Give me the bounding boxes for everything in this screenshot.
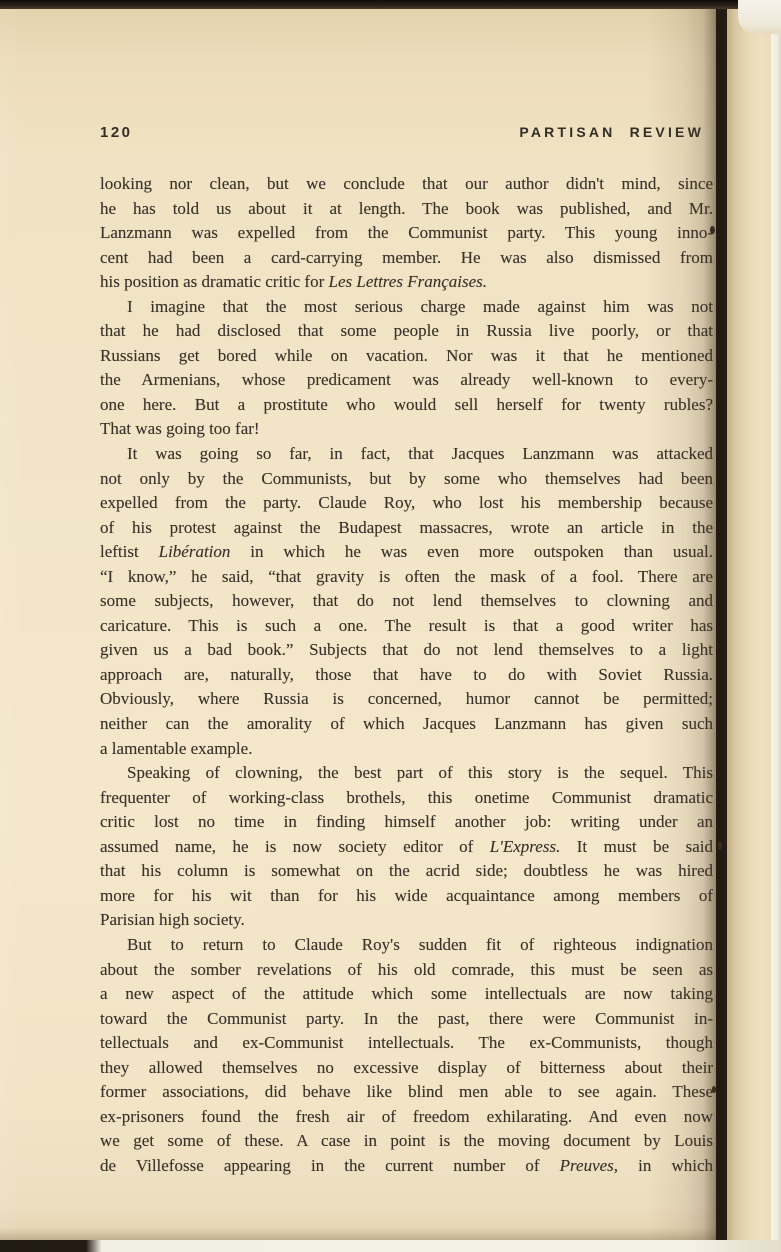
text-line: former associations, did behave like bli… xyxy=(100,1080,713,1105)
ink-speck xyxy=(712,1086,716,1093)
text-segment: expelled from the party. Claude Roy, who… xyxy=(100,493,713,512)
text-line: leftist Libération in which he was even … xyxy=(100,540,713,565)
text-line: the Armenians, whose predicament was alr… xyxy=(100,368,713,393)
text-segment: former associations, did behave like bli… xyxy=(100,1082,713,1101)
text-line: about the somber revelations of his old … xyxy=(100,958,713,983)
text-segment: we get some of these. A case in point is… xyxy=(100,1131,713,1150)
text-line: a lamentable example. xyxy=(100,737,713,762)
text-line: that he had disclosed that some people i… xyxy=(100,319,713,344)
text-line: looking nor clean, but we conclude that … xyxy=(100,172,713,197)
scanner-edge-bottom xyxy=(0,1240,781,1252)
text-line: “I know,” he said, “that gravity is ofte… xyxy=(100,565,713,590)
next-page-edge xyxy=(727,0,773,1252)
text-line: de Villefosse appearing in the current n… xyxy=(100,1154,713,1179)
text-segment: assumed name, he is now society editor o… xyxy=(100,837,490,856)
text-line: Parisian high society. xyxy=(100,908,713,933)
text-line: That was going too far! xyxy=(100,417,713,442)
text-segment: critic lost no time in finding himself a… xyxy=(100,812,713,831)
text-segment: toward the Communist party. In the past,… xyxy=(100,1009,713,1028)
text-segment: Parisian high society. xyxy=(100,910,245,929)
text-segment: that he had disclosed that some people i… xyxy=(100,321,713,340)
book-scan: 120 PARTISAN REVIEW looking nor clean, b… xyxy=(0,0,781,1252)
text-line: expelled from the party. Claude Roy, who… xyxy=(100,491,713,516)
text-line: Speaking of clowning, the best part of t… xyxy=(100,761,713,786)
text-segment: I imagine that the most serious charge m… xyxy=(127,297,713,316)
text-segment: ex-prisoners found the fresh air of free… xyxy=(100,1107,713,1126)
scanner-edge-top xyxy=(0,0,745,9)
text-segment: more for his wit than for his wide acqua… xyxy=(100,886,713,905)
text-line: assumed name, he is now society editor o… xyxy=(100,835,713,860)
text-segment: cent had been a card-carrying member. He… xyxy=(100,248,713,267)
top-right-page-corner xyxy=(738,0,781,34)
text-line: tellectuals and ex-Communist intellectua… xyxy=(100,1031,713,1056)
text-line: more for his wit than for his wide acqua… xyxy=(100,884,713,909)
text-segment: about the somber revelations of his old … xyxy=(100,960,713,979)
text-line: a new aspect of the attitude which some … xyxy=(100,982,713,1007)
text-segment: But to return to Claude Roy's sudden fit… xyxy=(127,935,713,954)
text-line: one here. But a prostitute who would sel… xyxy=(100,393,713,418)
text-segment: not only by the Communists, but by some … xyxy=(100,469,713,488)
text-line: given us a bad book.” Subjects that do n… xyxy=(100,638,713,663)
text-segment: of his protest against the Budapest mass… xyxy=(100,518,713,537)
book-edge-sliver xyxy=(771,0,781,1252)
text-segment: the Armenians, whose predicament was alr… xyxy=(100,370,713,389)
text-segment: one here. But a prostitute who would sel… xyxy=(100,395,713,414)
text-line: neither can the amorality of which Jacqu… xyxy=(100,712,713,737)
text-line: we get some of these. A case in point is… xyxy=(100,1129,713,1154)
text-line: It was going so far, in fact, that Jacqu… xyxy=(100,442,713,467)
text-segment: neither can the amorality of which Jacqu… xyxy=(100,714,713,733)
book-page: 120 PARTISAN REVIEW looking nor clean, b… xyxy=(0,9,716,1242)
italic-text: Les Lettres Françaises. xyxy=(329,272,488,291)
text-segment: It was going so far, in fact, that Jacqu… xyxy=(127,444,713,463)
text-segment: Lanzmann was expelled from the Communist… xyxy=(100,223,713,242)
text-segment: in which he was even more outspoken than… xyxy=(230,542,713,561)
text-line: Lanzmann was expelled from the Communist… xyxy=(100,221,713,246)
text-line: Obviously, where Russia is concerned, hu… xyxy=(100,687,713,712)
page-bottom-shadow xyxy=(0,1228,716,1240)
text-line: his position as dramatic critic for Les … xyxy=(100,270,713,295)
text-segment: in which xyxy=(618,1156,713,1175)
text-line: not only by the Communists, but by some … xyxy=(100,467,713,492)
text-line: But to return to Claude Roy's sudden fit… xyxy=(100,933,713,958)
text-segment: some subjects, however, that do not lend… xyxy=(100,591,713,610)
journal-title: PARTISAN REVIEW xyxy=(519,124,712,140)
text-line: toward the Communist party. In the past,… xyxy=(100,1007,713,1032)
text-line: caricature. This is such a one. The resu… xyxy=(100,614,713,639)
text-segment: his position as dramatic critic for xyxy=(100,272,329,291)
ink-speck xyxy=(718,841,722,850)
text-line: ex-prisoners found the fresh air of free… xyxy=(100,1105,713,1130)
italic-text: Preuves, xyxy=(560,1156,618,1175)
page-number: 120 xyxy=(100,124,133,141)
text-line: some subjects, however, that do not lend… xyxy=(100,589,713,614)
text-segment: de Villefosse appearing in the current n… xyxy=(100,1156,560,1175)
italic-text: L'Express. xyxy=(490,837,561,856)
text-segment: a new aspect of the attitude which some … xyxy=(100,984,713,1003)
text-segment: a lamentable example. xyxy=(100,739,252,758)
text-segment: It must be said xyxy=(560,837,713,856)
text-segment: Russians get bored while on vacation. No… xyxy=(100,346,713,365)
text-line: of his protest against the Budapest mass… xyxy=(100,516,713,541)
text-line: frequenter of working-class brothels, th… xyxy=(100,786,713,811)
text-line: he has told us about it at length. The b… xyxy=(100,197,713,222)
text-line: I imagine that the most serious charge m… xyxy=(100,295,713,320)
text-line: Russians get bored while on vacation. No… xyxy=(100,344,713,369)
text-segment: leftist xyxy=(100,542,159,561)
text-segment: looking nor clean, but we conclude that … xyxy=(100,174,713,193)
running-head: 120 PARTISAN REVIEW xyxy=(100,124,712,141)
text-segment: frequenter of working-class brothels, th… xyxy=(100,788,713,807)
text-line: they allowed themselves no excessive dis… xyxy=(100,1056,713,1081)
text-segment: given us a bad book.” Subjects that do n… xyxy=(100,640,713,659)
text-line: critic lost no time in finding himself a… xyxy=(100,810,713,835)
italic-text: Libération xyxy=(159,542,231,561)
text-segment: “I know,” he said, “that gravity is ofte… xyxy=(100,567,713,586)
text-segment: that his column is somewhat on the acrid… xyxy=(100,861,713,880)
text-segment: he has told us about it at length. The b… xyxy=(100,199,713,218)
text-line: cent had been a card-carrying member. He… xyxy=(100,246,713,271)
page-text: looking nor clean, but we conclude that … xyxy=(100,172,713,1178)
text-segment: they allowed themselves no excessive dis… xyxy=(100,1058,713,1077)
text-segment: caricature. This is such a one. The resu… xyxy=(100,616,713,635)
ink-speck xyxy=(710,226,715,234)
text-line: that his column is somewhat on the acrid… xyxy=(100,859,713,884)
text-segment: Obviously, where Russia is concerned, hu… xyxy=(100,689,713,708)
text-segment: Speaking of clowning, the best part of t… xyxy=(127,763,713,782)
text-segment: tellectuals and ex-Communist intellectua… xyxy=(100,1033,713,1052)
text-segment: That was going too far! xyxy=(100,419,260,438)
text-line: approach are, naturally, those that have… xyxy=(100,663,713,688)
text-segment: approach are, naturally, those that have… xyxy=(100,665,713,684)
